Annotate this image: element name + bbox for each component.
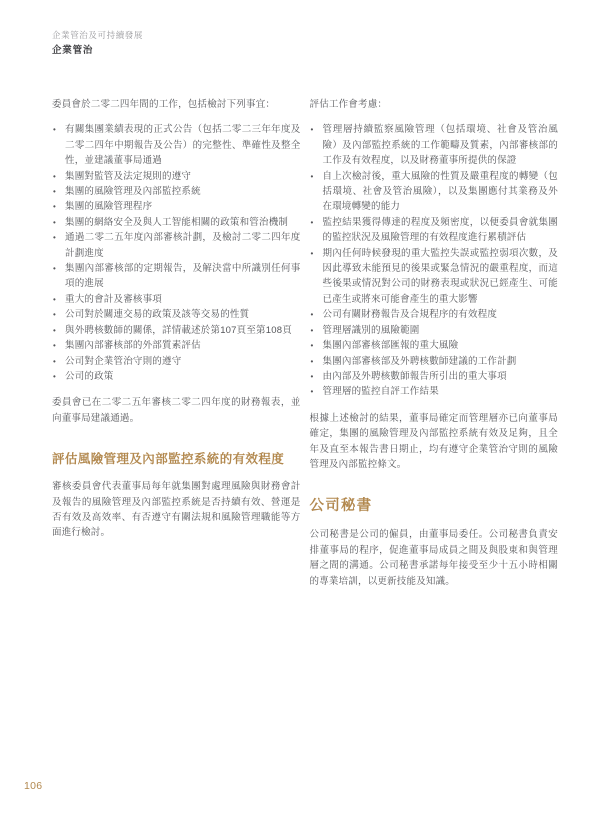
left-intro-text: 委員會於二零二四年間的工作，包括檢討下列事宜： — [52, 97, 301, 112]
bullet-item: 管理層的監控自評工作結果 — [310, 384, 559, 399]
bullet-item: 公司對企業管治守則的遵守 — [52, 354, 301, 369]
bullet-item: 集團內部審核部匯報的重大風險 — [310, 338, 559, 353]
left-heading-paragraph: 審核委員會代表董事局每年就集團對處理風險與財務會計及報告的風險管理及內部監控系統… — [52, 479, 301, 541]
left-paragraph: 委員會已在二零二五年審核二零二四年度的財務報表，並向董事局建議通過。 — [52, 395, 301, 426]
bullet-item: 自上次檢討後，重大風險的性質及嚴重程度的轉變（包括環境、社會及管治風險），以及集… — [310, 169, 559, 215]
right-column: 評估工作會考慮： 管理層持續監察風險管理（包括環境、社會及管治風險）及內部監控系… — [310, 97, 559, 589]
two-column-body: 委員會於二零二四年間的工作，包括檢討下列事宜： 有關集團業績表現的正式公告（包括… — [52, 97, 558, 589]
bullet-item: 通過二零二五年度內部審核計劃，及檢討二零二四年度計劃進度 — [52, 230, 301, 261]
bullet-item: 集團的網絡安全及與人工智能相關的政策和管治機制 — [52, 215, 301, 230]
bullet-item: 集團對監管及法定規則的遵守 — [52, 169, 301, 184]
bullet-item: 公司的政策 — [52, 369, 301, 384]
bullet-item: 重大的會計及審核事項 — [52, 292, 301, 307]
bullet-item: 集團內部審核部的定期報告，及解決當中所識別任何事項的進展 — [52, 261, 301, 292]
left-column: 委員會於二零二四年間的工作，包括檢討下列事宜： 有關集團業績表現的正式公告（包括… — [52, 97, 301, 589]
bullet-item: 公司有關財務報告及合規程序的有效程度 — [310, 307, 559, 322]
document-page: 企業管治及可持續發展 企業管治 委員會於二零二四年間的工作，包括檢討下列事宜： … — [0, 0, 600, 814]
left-bullet-list: 有關集團業績表現的正式公告（包括二零二三年年度及二零二四年中期報告及公告）的完整… — [52, 122, 301, 384]
bullet-item: 監控結果獲得傳達的程度及頻密度，以便委員會就集團的監控狀況及風險管理的有效程度進… — [310, 215, 559, 246]
bullet-item: 公司對於關連交易的政策及該等交易的性質 — [52, 307, 301, 322]
bullet-item: 有關集團業績表現的正式公告（包括二零二三年年度及二零二四年中期報告及公告）的完整… — [52, 122, 301, 168]
page-header: 企業管治及可持續發展 企業管治 — [52, 28, 143, 59]
bullet-item: 由內部及外聘核數師報告所引出的重大事項 — [310, 369, 559, 384]
left-section-heading: 評估風險管理及內部監控系統的有效程度 — [52, 450, 301, 468]
bullet-item: 集團內部審核部及外聘核數師建議的工作計劃 — [310, 354, 559, 369]
bullet-item: 集團的風險管理及內部監控系統 — [52, 184, 301, 199]
bullet-item: 期內任何時候發現的重大監控失誤或監控弱項次數，及因此導致未能預見的後果或緊急情況… — [310, 246, 559, 308]
right-bullet-list: 管理層持續監察風險管理（包括環境、社會及管治風險）及內部監控系統的工作範疇及質素… — [310, 122, 559, 399]
section-title: 企業管治 — [52, 43, 143, 59]
right-heading-paragraph: 公司秘書是公司的僱員，由董事局委任。公司秘書負責安排董事局的程序，促進董事局成員… — [310, 527, 559, 589]
page-number: 106 — [24, 780, 42, 792]
bullet-item: 管理層識別的風險範圍 — [310, 323, 559, 338]
right-paragraph: 根據上述檢討的結果，董事局確定而管理層亦已向董事局確定，集團的風險管理及內部監控… — [310, 411, 559, 473]
bullet-item: 與外聘核數師的關係，詳情載述於第107頁至第108頁 — [52, 323, 301, 338]
bullet-item: 集團的風險管理程序 — [52, 199, 301, 214]
bullet-item: 集團內部審核部的外部質素評估 — [52, 338, 301, 353]
right-intro-text: 評估工作會考慮： — [310, 97, 559, 112]
breadcrumb: 企業管治及可持續發展 — [52, 28, 143, 43]
right-section-heading: 公司秘書 — [310, 496, 559, 516]
bullet-item: 管理層持續監察風險管理（包括環境、社會及管治風險）及內部監控系統的工作範疇及質素… — [310, 122, 559, 168]
